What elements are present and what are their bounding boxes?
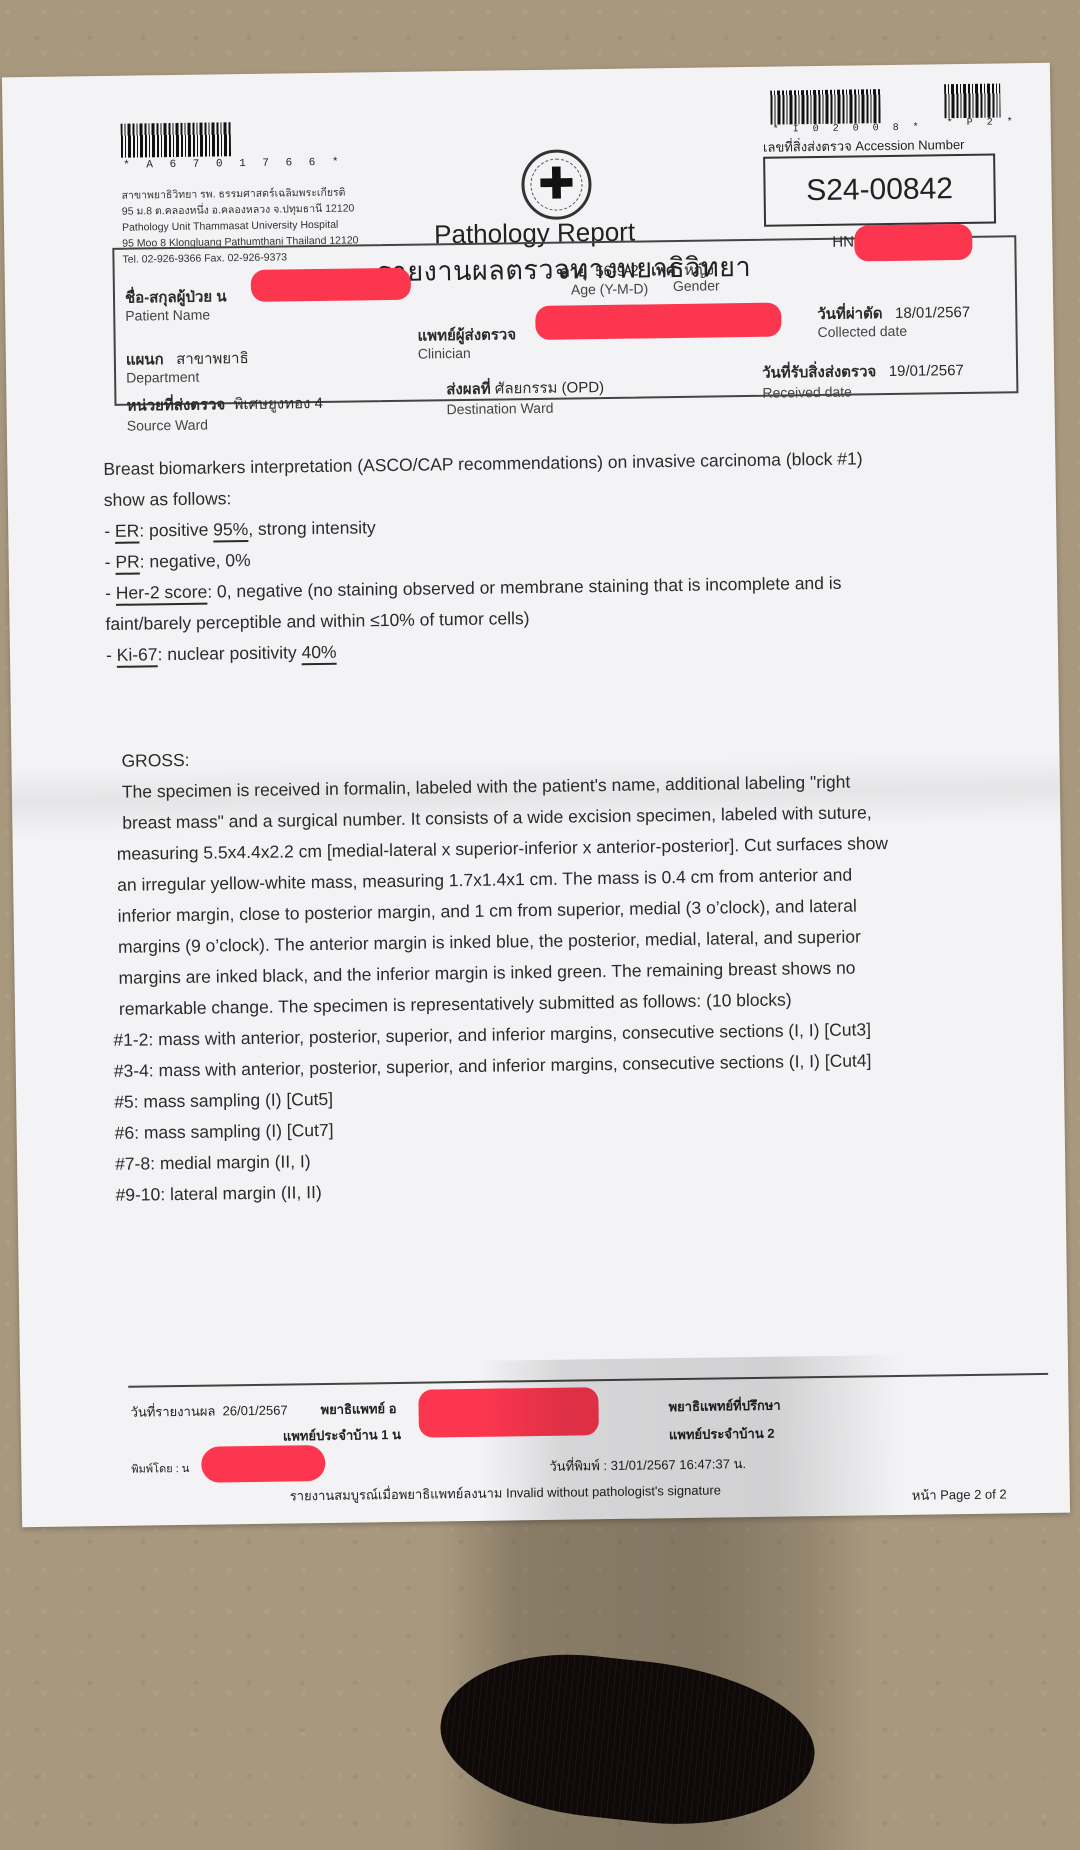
age-value: 56-9-2 [595, 263, 639, 281]
received-label-en: Received date [762, 384, 852, 401]
source-ward-label-en: Source Ward [127, 417, 208, 434]
clinician-redaction [535, 303, 781, 340]
pathology-report-page: * A 6 7 0 1 7 6 6 * สาขาพยาธิวิทยา รพ. ธ… [2, 63, 1070, 1527]
accession-barcode [770, 89, 880, 125]
report-date: 26/01/2567 [222, 1403, 287, 1419]
destination-label-en: Destination Ward [446, 400, 553, 417]
accession-barcode-text: * I 0 2 0 0 8 * [773, 123, 923, 136]
source-ward-value: พิเศษยูงทอง 4 [233, 395, 323, 413]
specimen-barcode-text: * A 6 7 0 1 7 6 6 * [123, 157, 344, 172]
clinician-label-en: Clinician [418, 345, 471, 362]
gender-label-en: Gender [673, 277, 720, 294]
department-label-en: Department [126, 369, 199, 386]
resident1-label: แพทย์ประจำบ้าน 1 น [283, 1424, 401, 1447]
destination-value: ศัลยกรรม (OPD) [495, 379, 604, 398]
patient-name-label-en: Patient Name [125, 307, 210, 324]
gender-value: หญิง [684, 261, 714, 278]
collected-label: วันที่ผ่าตัด [817, 305, 882, 323]
collected-label-en: Collected date [817, 323, 907, 340]
destination-label: ส่งผลที่ [446, 381, 491, 399]
age-label: อายุ [561, 263, 587, 280]
page-barcode [944, 83, 1000, 118]
patient-name-redaction [251, 268, 411, 302]
source-ward-label: หน่วยที่ส่งตรวจ [126, 396, 225, 414]
received-date: 19/01/2567 [889, 362, 964, 380]
received-label: วันที่รับสิ่งส่งตรวจ [762, 363, 876, 382]
gross-section: GROSS: The specimen is received in forma… [121, 733, 1027, 1211]
department-label: แผนก [126, 351, 164, 369]
patient-name-label: ชื่อ-สกุลผู้ป่วย น [125, 288, 227, 306]
gender-label: เพศ [651, 262, 676, 279]
hn-redaction [854, 224, 972, 262]
pathologist-label: พยาธิแพทย์ อ [320, 1398, 396, 1420]
black-object [433, 1641, 823, 1839]
hn-label: HN [832, 234, 854, 251]
biomarkers-section: Breast biomarkers interpretation (ASCO/C… [103, 441, 1006, 671]
clinician-label: แพทย์ผู้ส่งตรวจ [417, 326, 516, 344]
age-label-en: Age (Y-M-D) [571, 280, 648, 297]
specimen-barcode [121, 122, 231, 158]
printed-by-redaction [201, 1445, 325, 1483]
report-date-label: วันที่รายงานผล [130, 1404, 215, 1420]
department-value: สาขาพยาธิ [176, 350, 249, 368]
hand-shadow [480, 1355, 902, 1521]
accession-number: S24-00842 [763, 154, 996, 227]
printed-by-label: พิมพ์โดย : น [131, 1459, 189, 1478]
collected-date: 18/01/2567 [895, 304, 970, 322]
page-barcode-text: * P 2 * [947, 117, 1017, 129]
page-number: หน้า Page 2 of 2 [912, 1483, 1007, 1505]
hospital-logo-icon: ✚ [521, 149, 592, 220]
